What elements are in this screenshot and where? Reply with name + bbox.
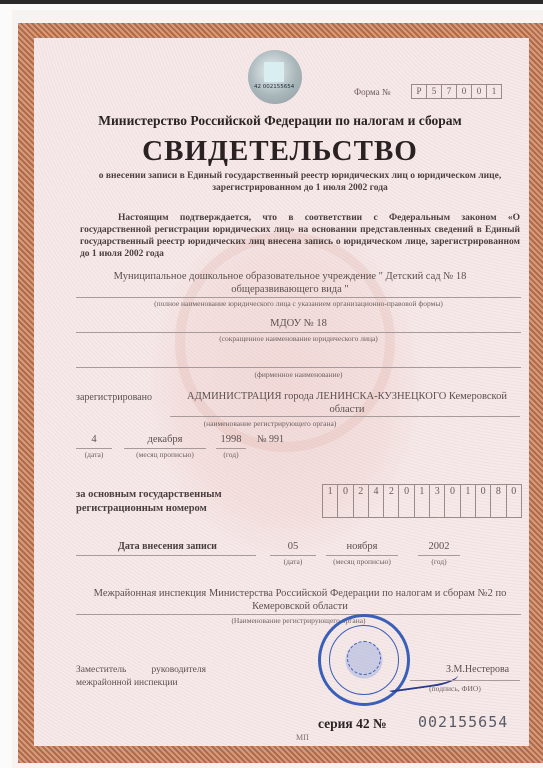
ogrn-digit: 3 bbox=[430, 485, 445, 517]
ogrn-digit: 2 bbox=[354, 485, 369, 517]
registered-authority-value: АДМИНИСТРАЦИЯ города ЛЕНИНСКА-КУЗНЕЦКОГО… bbox=[172, 390, 522, 416]
full-name-caption: (полное наименование юридического лица с… bbox=[76, 299, 521, 308]
ogrn-digit: 1 bbox=[415, 485, 430, 517]
entry-day-line bbox=[270, 555, 316, 556]
reg-day-caption: (дата) bbox=[76, 450, 112, 459]
ogrn-digit: 4 bbox=[369, 485, 384, 517]
full-name-value: Муниципальное дошкольное образовательное… bbox=[90, 270, 490, 296]
ogrn-digit-boxes: 1 0 2 4 2 0 1 3 0 1 0 8 0 bbox=[322, 484, 522, 518]
authority-value: Межрайонная инспекция Министерства Росси… bbox=[80, 587, 520, 613]
confirmation-paragraph: Настоящим подтверждается, что в соответс… bbox=[80, 212, 520, 260]
authority-line bbox=[76, 614, 521, 615]
ogrn-digit: 0 bbox=[399, 485, 414, 517]
short-name-line bbox=[76, 332, 521, 333]
official-seal-icon bbox=[318, 614, 410, 706]
registered-label: зарегистрировано bbox=[76, 392, 152, 403]
form-code-cell: 5 bbox=[427, 85, 442, 98]
document-subtitle: о внесении записи в Единый государственн… bbox=[80, 170, 520, 194]
entry-day-value: 05 bbox=[270, 541, 316, 552]
reg-month-line bbox=[124, 448, 206, 449]
short-name-caption: (сокращенное наименование юридического л… bbox=[76, 334, 521, 343]
registered-authority-line bbox=[170, 416, 520, 417]
entry-month-line bbox=[326, 555, 398, 556]
document-title: СВИДЕТЕЛЬСТВО bbox=[60, 135, 500, 168]
entry-year-value: 2002 bbox=[418, 541, 460, 552]
ogrn-digit: 0 bbox=[476, 485, 491, 517]
ogrn-digit: 1 bbox=[323, 485, 338, 517]
authority-caption: (Наименование регистрирующего органа) bbox=[76, 616, 521, 625]
entry-month-value: ноября bbox=[326, 541, 398, 552]
scan-edge bbox=[0, 0, 543, 4]
entry-date-label: Дата внесения записи bbox=[118, 541, 217, 552]
reg-day-value: 4 bbox=[76, 434, 112, 445]
seal-eagle-icon bbox=[347, 641, 381, 675]
series-label: серия 42 № bbox=[318, 716, 387, 732]
serial-number: 002155654 bbox=[418, 713, 508, 731]
reg-month-value: декабря bbox=[124, 434, 206, 445]
entry-day-caption: (дата) bbox=[270, 557, 316, 566]
reg-year-line bbox=[216, 448, 246, 449]
form-code-cell: Р bbox=[412, 85, 427, 98]
ogrn-label-line1: за основным государственным bbox=[76, 488, 222, 502]
reg-month-caption: (месяц прописью) bbox=[124, 450, 206, 459]
reg-year-caption: (год) bbox=[216, 450, 246, 459]
ogrn-digit: 0 bbox=[445, 485, 460, 517]
ogrn-label-line2: регистрационным номером bbox=[76, 502, 222, 516]
entry-month-caption: (месяц прописью) bbox=[326, 557, 398, 566]
registered-authority-caption: (наименование регистрирующего органа) bbox=[170, 419, 370, 428]
ogrn-digit: 1 bbox=[461, 485, 476, 517]
hologram-number: 42 002155654 bbox=[254, 84, 294, 90]
ministry-heading: Министерство Российской Федерации по нал… bbox=[60, 113, 500, 129]
entry-year-line bbox=[418, 555, 460, 556]
ogrn-digit: 8 bbox=[491, 485, 506, 517]
ogrn-digit: 0 bbox=[338, 485, 353, 517]
full-name-line bbox=[76, 297, 521, 298]
short-name-value: МДОУ № 18 bbox=[76, 318, 521, 329]
entry-year-caption: (год) bbox=[418, 557, 460, 566]
ogrn-digit: 0 bbox=[507, 485, 521, 517]
signatory-caption: (подпись, ФИО) bbox=[410, 684, 500, 693]
form-code-cell: 1 bbox=[487, 85, 501, 98]
signatory-line bbox=[410, 680, 520, 681]
ogrn-label: за основным государственным регистрацион… bbox=[76, 488, 222, 516]
brand-name-caption: (фирменное наименование) bbox=[76, 370, 521, 379]
signatory-position: Заместитель руководителя межрайонной инс… bbox=[76, 664, 206, 690]
ogrn-digit: 2 bbox=[384, 485, 399, 517]
seal-place-mark: МП bbox=[296, 733, 309, 742]
reg-number: № 991 bbox=[257, 434, 284, 445]
form-number-label: Форма № bbox=[354, 87, 390, 97]
reg-day-line bbox=[76, 448, 112, 449]
hologram-sticker-icon: 42 002155654 bbox=[248, 50, 302, 104]
form-code-boxes: Р 5 7 0 0 1 bbox=[411, 84, 502, 99]
form-code-cell: 0 bbox=[457, 85, 472, 98]
reg-year-value: 1998 bbox=[216, 434, 246, 445]
signatory-name: З.М.Нестерова bbox=[446, 664, 509, 675]
form-code-cell: 7 bbox=[442, 85, 457, 98]
brand-name-line bbox=[76, 367, 521, 368]
entry-date-label-line bbox=[76, 555, 256, 556]
form-code-cell: 0 bbox=[472, 85, 487, 98]
hologram-square bbox=[264, 62, 284, 82]
